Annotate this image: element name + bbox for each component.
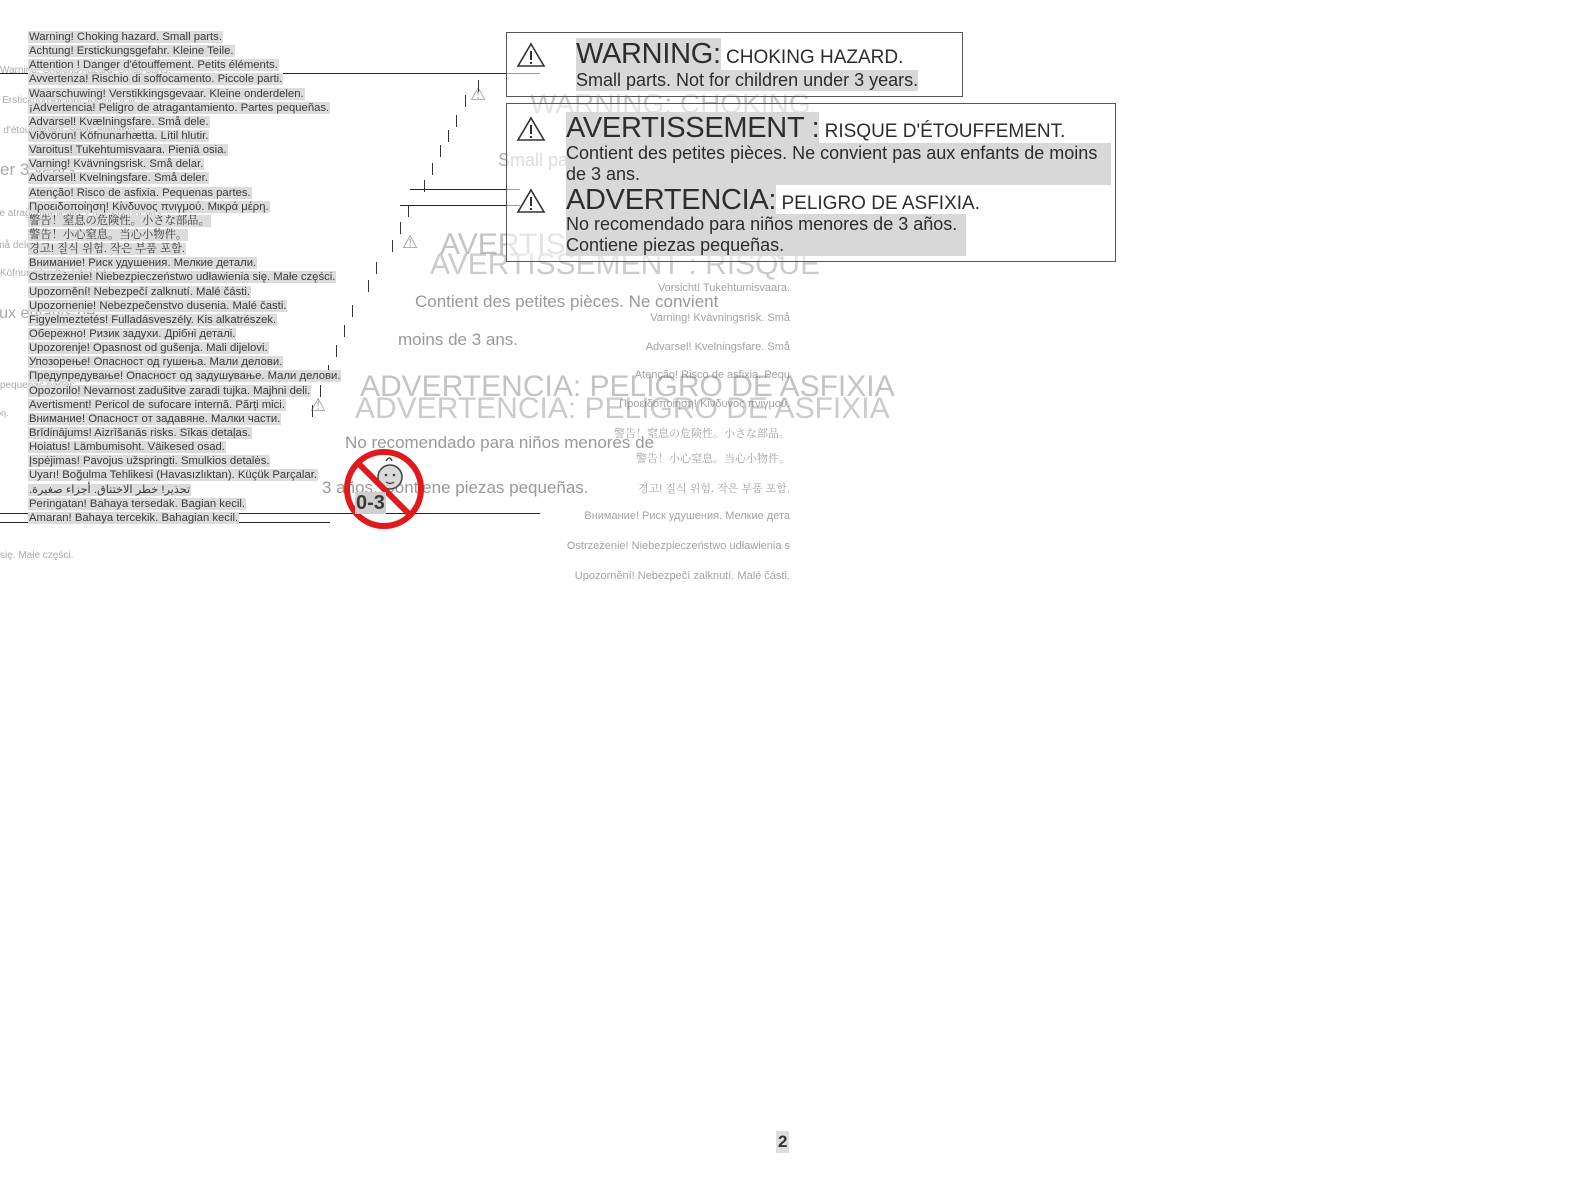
ghost-tick xyxy=(368,280,369,292)
warning-line-text: Achtung! Erstickungsgefahr. Kleine Teile… xyxy=(28,45,235,57)
warning-label: ADVERTENCIA: xyxy=(566,184,776,216)
warning-line: Hoiatus! Lämbumisoht. Väikesed osad. xyxy=(28,440,341,454)
warning-line: تحذير! خطر الاختناق. أجزاء صغيرة. xyxy=(28,483,341,497)
warning-line-text: Внимание! Опасност от задавяне. Малки ча… xyxy=(28,413,281,425)
ghost-text: Atenção! Risco de asfixia. Pequ xyxy=(635,369,790,381)
warning-line: Warning! Choking hazard. Small parts. xyxy=(28,30,341,44)
warning-line: Upozornenie! Nebezpečenstvo dusenia. Mal… xyxy=(28,299,341,313)
warning-line-text: Opozorilo! Nevarnost zadušitve zaradi tu… xyxy=(28,385,311,397)
warning-triangle-icon xyxy=(516,188,546,214)
warning-line: 警告！窒息の危険性。小さな部品。 xyxy=(28,214,341,228)
warning-line: Figyelmeztetés! Fulladásveszély. Kis alk… xyxy=(28,313,341,327)
warning-line-text: Προειδοποίηση! Κίνδυνος πνιγμού. Μικρά μ… xyxy=(28,201,270,213)
warning-line-text: Amaran! Bahaya tercekik. Bahagian kecil. xyxy=(28,512,239,524)
ghost-text: 警告！窒息の危険性。小さな部品。 xyxy=(614,425,790,441)
warning-line-text: Varning! Kvävningsrisk. Små delar. xyxy=(28,158,204,170)
warning-line-text: Įspėjimas! Pavojus užspringti. Smulkios … xyxy=(28,455,270,467)
warning-line: Atenção! Risco de asfixia. Pequenas part… xyxy=(28,186,341,200)
ghost-tick xyxy=(344,325,345,337)
ghost-heading-es-2: ADVERTENCIA: PELIGRO DE ASFIXIA xyxy=(355,392,890,426)
warning-line: Achtung! Erstickungsgefahr. Kleine Teile… xyxy=(28,44,341,58)
warning-line: Opozorilo! Nevarnost zadušitve zaradi tu… xyxy=(28,384,341,398)
warning-line-text: Uyarı! Boğulma Tehlikesi (Havasızlıktan)… xyxy=(28,469,318,481)
warning-line-text: Упозорење! Опасност од гушења. Мали дело… xyxy=(28,356,283,368)
warning-line: 警告！小心窒息。当心小物件。 xyxy=(28,228,341,242)
warning-line: ¡Advertencia! Peligro de atragantamiento… xyxy=(28,101,341,115)
warning-label: WARNING: xyxy=(576,38,721,70)
ghost-tick xyxy=(408,205,409,217)
ghost-warning-triangle-icon: ⚠ xyxy=(402,232,418,253)
warning-line-text: Предупредување! Опасност од задушување. … xyxy=(28,370,341,382)
warning-heading-english: WARNING: CHOKING HAZARD. xyxy=(576,38,903,71)
ghost-text: Μικρά μέρη. xyxy=(0,408,9,418)
warning-line-text: Внимание! Риск удушения. Мелкие детали. xyxy=(28,257,257,269)
warning-heading-french: AVERTISSEMENT : RISQUE D'ÉTOUFFEMENT. xyxy=(566,112,1065,145)
warning-line-text: Brīdinājums! Aizrīšanās risks. Sīkas det… xyxy=(28,427,252,439)
warning-line: Avertisment! Pericol de sufocare internă… xyxy=(28,398,341,412)
warning-text-spanish: No recomendado para niños menores de 3 a… xyxy=(566,214,966,256)
warning-line: Brīdinājums! Aizrīšanās risks. Sīkas det… xyxy=(28,426,341,440)
warning-line-text: ¡Advertencia! Peligro de atragantamiento… xyxy=(28,102,330,114)
warning-line: Waarschuwing! Verstikkingsgevaar. Kleine… xyxy=(28,87,341,101)
warning-line: Внимание! Опасност от задавяне. Малки ча… xyxy=(28,412,341,426)
warning-line: Įspėjimas! Pavojus užspringti. Smulkios … xyxy=(28,454,341,468)
warning-line: Внимание! Риск удушения. Мелкие детали. xyxy=(28,256,341,270)
warning-line: Varoitus! Tukehtumisvaara. Pieniä osia. xyxy=(28,143,341,157)
ghost-tick xyxy=(424,180,425,192)
warning-line-text: 경고! 질식 위험. 작은 부품 포함. xyxy=(28,243,186,255)
warning-line: Viðvörun! Köfnunarhætta. Lítil hlutir. xyxy=(28,129,341,143)
ghost-text: Upozornění! Nebezpečí zalknutí. Malé čás… xyxy=(575,570,790,582)
ghost-text: Advarsel! Kvelningsfare. Små xyxy=(646,341,790,353)
hazard-label: RISQUE D'ÉTOUFFEMENT. xyxy=(819,121,1065,142)
warning-line: Upozorenje! Opasnost od gušenja. Mali di… xyxy=(28,341,341,355)
warning-line: Attention ! Danger d'étouffement. Petits… xyxy=(28,58,341,72)
warning-line-text: Viðvörun! Köfnunarhætta. Lítil hlutir. xyxy=(28,130,209,142)
ghost-rule xyxy=(400,205,520,206)
warning-line-text: Upozornenie! Nebezpečenstvo dusenia. Mal… xyxy=(28,300,287,312)
ghost-text: 경고! 질식 위험. 작은 부품 포함. xyxy=(638,480,790,496)
warning-line-text: Обережно! Ризик задухи. Дрібні деталі. xyxy=(28,328,236,340)
ghost-text: Внимание! Риск удушения. Мелкие дета xyxy=(584,510,790,522)
ghost-tick xyxy=(440,145,441,157)
warning-line-text: Advarsel! Kvælningsfare. Små dele. xyxy=(28,116,210,128)
warning-line: Varning! Kvävningsrisk. Små delar. xyxy=(28,157,341,171)
page-number: 2 xyxy=(776,1131,789,1153)
warning-line-text: Varoitus! Tukehtumisvaara. Pieniä osia. xyxy=(28,144,228,156)
warning-line: Advarsel! Kvelningsfare. Små deler. xyxy=(28,171,341,185)
warning-line-text: Upozorenje! Opasnost od gušenja. Mali di… xyxy=(28,342,269,354)
warning-line-text: Avvertenza! Rischio di soffocamento. Pic… xyxy=(28,73,283,85)
warning-line-text: Upozornění! Nebezpečí zalknutí. Malé čás… xyxy=(28,286,251,298)
ghost-sub-fr: Contient des petites pièces. Ne convient xyxy=(415,292,718,312)
ghost-text: Προειδοποίηση! Κίνδυνος πνιγμού. xyxy=(619,398,790,410)
warning-line: Προειδοποίηση! Κίνδυνος πνιγμού. Μικρά μ… xyxy=(28,200,341,214)
warning-heading-spanish: ADVERTENCIA: PELIGRO DE ASFIXIA. xyxy=(566,184,980,217)
warning-line: Упозорење! Опасност од гушења. Мали дело… xyxy=(28,355,341,369)
warning-line-text: 警告！窒息の危険性。小さな部品。 xyxy=(28,215,211,227)
ghost-tick xyxy=(465,95,466,107)
ghost-tick xyxy=(456,115,457,127)
ghost-text: Varning! Kvävningsrisk. Små xyxy=(650,312,790,324)
warning-line-text: Ostrzeżenie! Niebezpieczeństwo udławieni… xyxy=(28,271,336,283)
warning-line-text: Advarsel! Kvelningsfare. Små deler. xyxy=(28,172,209,184)
warning-line: Ostrzeżenie! Niebezpieczeństwo udławieni… xyxy=(28,270,341,284)
ghost-tick xyxy=(352,305,353,317)
warning-line: Avvertenza! Rischio di soffocamento. Pic… xyxy=(28,72,341,86)
warning-line: 경고! 질식 위험. 작은 부품 포함. xyxy=(28,242,341,256)
warning-line-text: تحذير! خطر الاختناق. أجزاء صغيرة. xyxy=(28,484,191,496)
ghost-heading-es: ADVERTENCIA: PELIGRO DE ASFIXIA xyxy=(360,370,895,404)
warning-line-text: Warning! Choking hazard. Small parts. xyxy=(28,31,223,43)
warning-line: Uyarı! Boğulma Tehlikesi (Havasızlıktan)… xyxy=(28,468,341,482)
multilingual-warnings-list: Warning! Choking hazard. Small parts.Ach… xyxy=(28,30,341,525)
ghost-text: 警告！小心窒息。当心小物件。 xyxy=(636,450,790,466)
warning-label: AVERTISSEMENT : xyxy=(566,112,819,144)
ghost-text: się. Małe części. xyxy=(0,550,73,561)
warning-line-text: 警告！小心窒息。当心小物件。 xyxy=(28,229,188,241)
warning-line-text: Figyelmeztetés! Fulladásveszély. Kis alk… xyxy=(28,314,277,326)
warning-line: Amaran! Bahaya tercekik. Bahagian kecil. xyxy=(28,511,341,525)
warning-line-text: Hoiatus! Lämbumisoht. Väikesed osad. xyxy=(28,441,226,453)
warning-line: Advarsel! Kvælningsfare. Små dele. xyxy=(28,115,341,129)
ghost-rule xyxy=(410,189,520,190)
ghost-tick xyxy=(448,130,449,142)
age-range-label: 0-3 xyxy=(355,492,386,514)
warning-line: Обережно! Ризик задухи. Дрібні деталі. xyxy=(28,327,341,341)
ghost-tick xyxy=(376,262,377,274)
ghost-tick xyxy=(478,80,479,92)
warning-line-text: Avertisment! Pericol de sufocare internă… xyxy=(28,399,286,411)
ghost-tick xyxy=(432,163,433,175)
ghost-tick xyxy=(400,222,401,234)
ghost-tick xyxy=(392,240,393,252)
warning-line-text: Waarschuwing! Verstikkingsgevaar. Kleine… xyxy=(28,88,305,100)
warning-text-english: Small parts. Not for children under 3 ye… xyxy=(576,70,918,91)
warning-text-french: Contient des petites pièces. Ne convient… xyxy=(566,143,1111,185)
hazard-label: CHOKING HAZARD. xyxy=(721,47,904,68)
warning-triangle-icon xyxy=(516,116,546,142)
not-for-under-3-icon xyxy=(342,447,426,531)
warning-line-text: Attention ! Danger d'étouffement. Petits… xyxy=(28,59,279,71)
hazard-label: PELIGRO DE ASFIXIA. xyxy=(776,193,980,214)
warning-line-text: Peringatan! Bahaya tersedak. Bagian keci… xyxy=(28,498,246,510)
warning-triangle-icon xyxy=(516,42,546,68)
ghost-text: Vorsicht! Tukehtumisvaara. xyxy=(658,282,790,294)
warning-line: Upozornění! Nebezpečí zalknutí. Malé čás… xyxy=(28,285,341,299)
warning-line: Peringatan! Bahaya tersedak. Bagian keci… xyxy=(28,497,341,511)
ghost-text: Ostrzeżenie! Niebezpieczeństwo udławieni… xyxy=(567,540,790,552)
ghost-sub-fr-2: moins de 3 ans. xyxy=(398,330,518,350)
warning-line-text: Atenção! Risco de asfixia. Pequenas part… xyxy=(28,187,252,199)
warning-line: Предупредување! Опасност од задушување. … xyxy=(28,369,341,383)
